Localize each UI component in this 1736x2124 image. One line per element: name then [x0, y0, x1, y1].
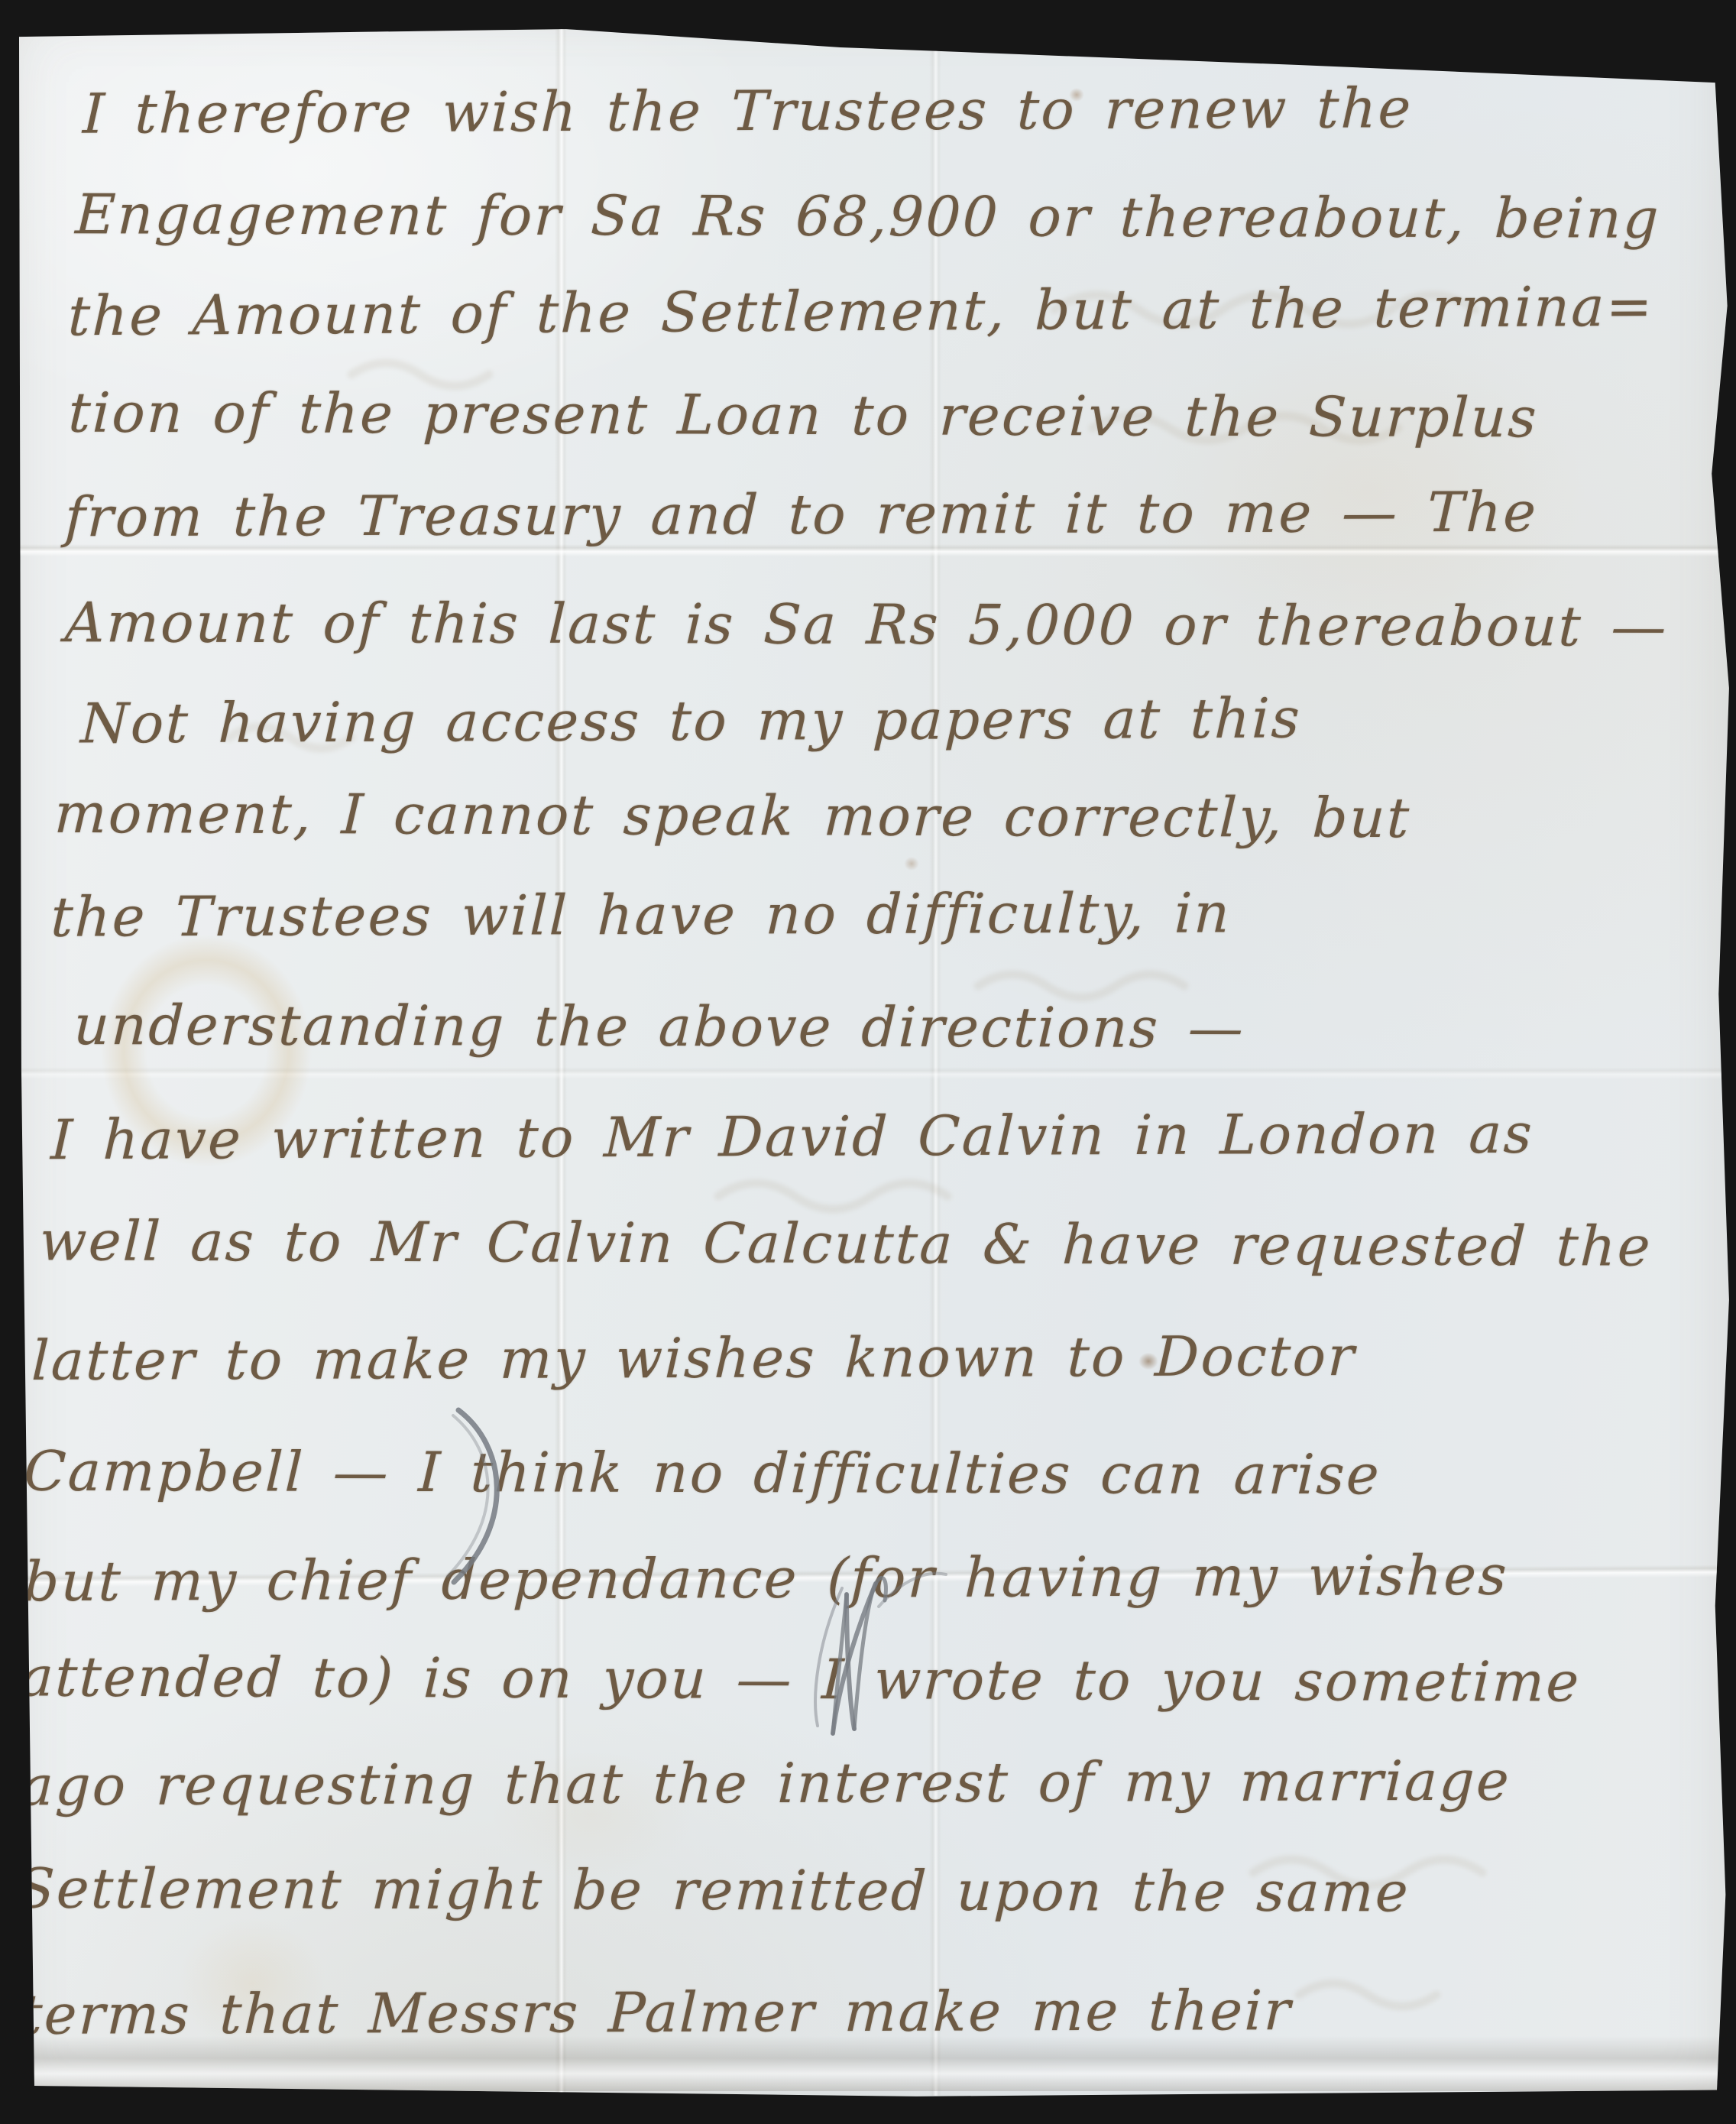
letter-scan: I therefore wish the Trustees to renew t…: [0, 0, 1736, 2124]
letter-line: Not having access to my papers at this: [79, 676, 1303, 766]
letter-page: I therefore wish the Trustees to renew t…: [0, 0, 1736, 2124]
letter-line: tion of the present Loan to receive the …: [67, 371, 1540, 460]
letter-line: well as to Mr Calvin Calcutta & have req…: [38, 1198, 1653, 1288]
letter-line: Settlement might be remitted upon the sa…: [15, 1847, 1411, 1934]
letter-line: attended to) is on you — I wrote to you …: [19, 1634, 1582, 1724]
letter-line: Engagement for Sa Rs 68,900 or thereabou…: [74, 172, 1662, 260]
letter-line: the Amount of the Settlement, but at the…: [67, 264, 1656, 358]
letter-line: I therefore wish the Trustees to renew t…: [82, 66, 1414, 156]
letter-line: but my chief dependance (for having my w…: [23, 1533, 1510, 1623]
letter-line: I have written to Mr David Calvin in Lon…: [50, 1091, 1535, 1182]
letter-line: Campbell — I think no difficulties can a…: [22, 1429, 1382, 1517]
letter-line: from the Treasury and to remit it to me …: [63, 470, 1539, 559]
letter-line: ago requesting that the interest of my m…: [19, 1739, 1512, 1828]
letter-line: terms that Messrs Palmer make me their: [19, 1968, 1294, 2057]
letter-body: I therefore wish the Trustees to renew t…: [0, 0, 1736, 2124]
letter-line: latter to make my wishes known to Doctor: [31, 1314, 1358, 1402]
letter-line: the Trustees will have no difficulty, in: [50, 871, 1232, 958]
letter-line: understanding the above directions —: [73, 983, 1247, 1070]
letter-line: Amount of this last is Sa Rs 5,000 or th…: [63, 580, 1670, 668]
letter-line: moment, I cannot speak more correctly, b…: [53, 771, 1412, 860]
